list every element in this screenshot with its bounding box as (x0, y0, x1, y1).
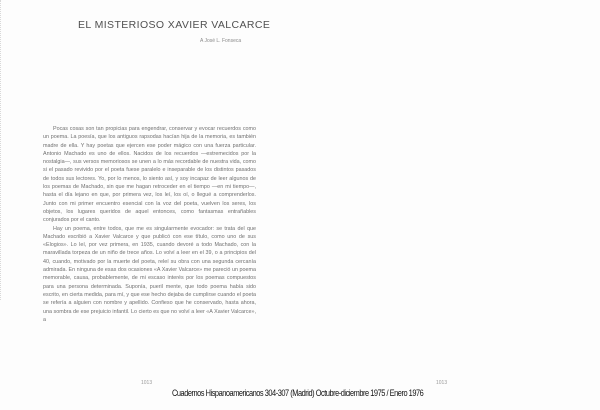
left-page: EL MISTERIOSO XAVIER VALCARCE A José L. … (0, 0, 300, 395)
paragraph: Hay un poema, entre todos, que me es sin… (43, 225, 256, 325)
right-page: pesar de haber llegado a considerarme un… (300, 0, 600, 395)
page-number-left: 1013 (141, 380, 152, 386)
document-spread: EL MISTERIOSO XAVIER VALCARCE A José L. … (0, 0, 600, 410)
paragraph: Pocas cosas son tan propicias para engen… (43, 125, 256, 225)
journal-citation-footer: Cuadernos Hispanoamericanos 304-307 (Mad… (172, 388, 423, 399)
article-title: EL MISTERIOSO XAVIER VALCARCE (78, 19, 270, 31)
article-dedication: A José L. Fonseca (200, 38, 241, 44)
left-column-text: Pocas cosas son tan propicias para engen… (43, 125, 256, 324)
page-number-right: 1013 (436, 380, 447, 386)
